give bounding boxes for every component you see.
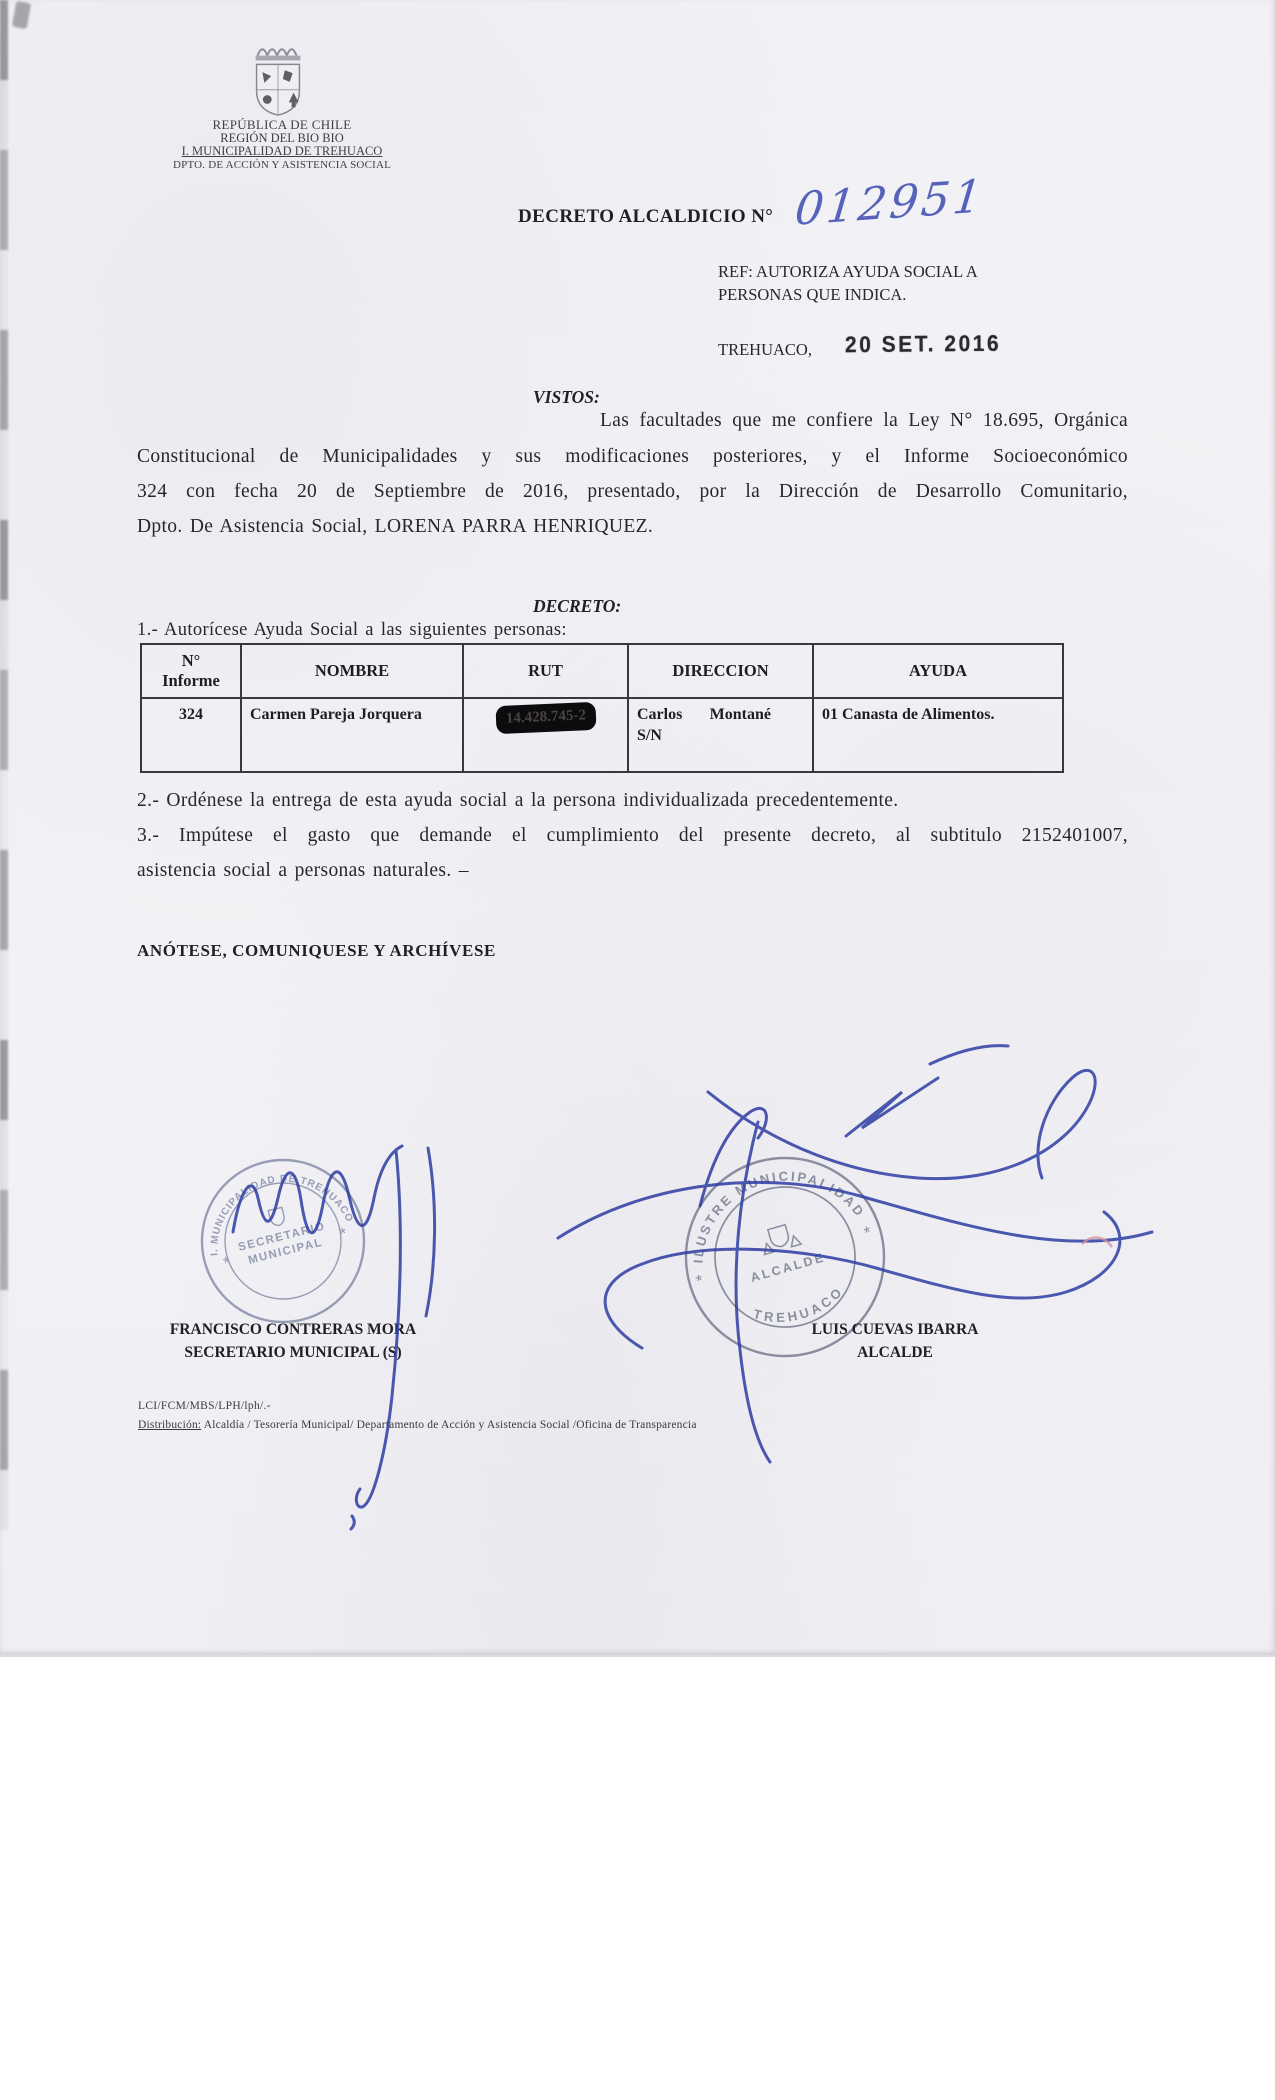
reference-line1: REF: AUTORIZA AYUDA SOCIAL A bbox=[718, 260, 978, 283]
col-header-ayuda: AYUDA bbox=[813, 644, 1063, 698]
footer-distribution: Distribución: Alcaldía / Tesorería Munic… bbox=[138, 1419, 697, 1431]
vistos-line3: 324 con fecha 20 de Septiembre de 2016, … bbox=[137, 481, 1128, 503]
paper-bottom-edge bbox=[0, 1655, 1275, 1657]
stamp-center-text: ALCALDE bbox=[749, 1250, 827, 1285]
signer-right-block: LUIS CUEVAS IBARRA ALCALDE bbox=[700, 1318, 1090, 1364]
cell-nombre: Carmen Pareja Jorquera bbox=[241, 698, 463, 772]
beneficiary-name: Carmen Pareja Jorquera bbox=[250, 704, 422, 725]
vistos-line2: Constitucional de Municipalidades y sus … bbox=[137, 446, 1128, 468]
stamp-star-right: * bbox=[338, 1224, 349, 1244]
reference-block: REF: AUTORIZA AYUDA SOCIAL A PERSONAS QU… bbox=[718, 260, 978, 306]
signer-right-role: ALCALDE bbox=[700, 1341, 1090, 1364]
coat-of-arms-icon bbox=[242, 40, 314, 118]
scanned-decree-page: REPÚBLICA DE CHILE REGIÓN DEL BIO BIO I.… bbox=[0, 0, 1275, 2100]
decreto-item3-line2: asistencia social a personas naturales. … bbox=[137, 860, 469, 882]
scan-edge-artifact bbox=[0, 0, 8, 1530]
signer-left-role: SECRETARIO MUNICIPAL (S) bbox=[128, 1341, 458, 1364]
dateline-place: TREHUACO, bbox=[718, 340, 812, 360]
beneficiaries-table: N° Informe NOMBRE RUT DIRECCION AYUDA 32… bbox=[140, 643, 1064, 773]
decreto-item3-line1: 3.- Impútese el gasto que demande el cum… bbox=[137, 825, 1128, 847]
decreto-item1: 1.- Autorícese Ayuda Social a las siguie… bbox=[137, 620, 567, 641]
signer-left-block: FRANCISCO CONTRERAS MORA SECRETARIO MUNI… bbox=[128, 1318, 458, 1364]
stamp-star-left: * bbox=[221, 1253, 232, 1273]
decreto-item2: 2.- Ordénese la entrega de esta ayuda so… bbox=[137, 790, 899, 812]
vistos-line1: Las facultades que me confiere la Ley N°… bbox=[600, 410, 1128, 432]
col-header-rut: RUT bbox=[463, 644, 628, 698]
cell-rut: 14.428.745-2 bbox=[463, 698, 628, 772]
reference-line2: PERSONAS QUE INDICA. bbox=[718, 283, 978, 306]
closing-formula: ANÓTESE, COMUNIQUESE Y ARCHÍVESE bbox=[137, 941, 496, 961]
stamp-star-left: * bbox=[694, 1271, 706, 1291]
letterhead-department: DPTO. DE ACCIÓN Y ASISTENCIA SOCIAL bbox=[62, 159, 502, 173]
cell-direccion: Carlos Montané S/N bbox=[628, 698, 813, 772]
footer-initials: LCI/FCM/MBS/LPH/lph/.- bbox=[138, 1400, 271, 1412]
cell-ayuda: 01 Canasta de Alimentos. bbox=[813, 698, 1063, 772]
table-header-row: N° Informe NOMBRE RUT DIRECCION AYUDA bbox=[141, 644, 1063, 698]
beneficiary-address: Carlos Montané S/N bbox=[637, 704, 771, 746]
cell-informe: 324 bbox=[141, 698, 241, 772]
redaction-bar: 14.428.745-2 bbox=[495, 702, 596, 734]
footer-distribution-text: Alcaldía / Tesorería Municipal/ Departam… bbox=[201, 1419, 696, 1431]
decree-title: DECRETO ALCALDICIO N° bbox=[518, 206, 773, 228]
col-header-nombre: NOMBRE bbox=[241, 644, 463, 698]
vistos-line4: Dpto. De Asistencia Social, LORENA PARRA… bbox=[137, 516, 653, 538]
signer-left-name: FRANCISCO CONTRERAS MORA bbox=[128, 1318, 458, 1341]
stamp-crest bbox=[758, 1222, 801, 1255]
col-header-direccion: DIRECCION bbox=[628, 644, 813, 698]
letterhead-region: REGIÓN DEL BIO BIO bbox=[62, 132, 502, 146]
letterhead: REPÚBLICA DE CHILE REGIÓN DEL BIO BIO I.… bbox=[62, 118, 502, 172]
table-row: 324 Carmen Pareja Jorquera 14.428.745-2 … bbox=[141, 698, 1063, 772]
letterhead-country: REPÚBLICA DE CHILE bbox=[62, 118, 502, 132]
decreto-heading: DECRETO: bbox=[533, 596, 621, 617]
footer-distribution-label: Distribución: bbox=[138, 1419, 201, 1431]
vistos-heading: VISTOS: bbox=[533, 387, 600, 408]
signer-right-name: LUIS CUEVAS IBARRA bbox=[700, 1318, 1090, 1341]
letterhead-municipality: I. MUNICIPALIDAD DE TREHUACO bbox=[62, 145, 502, 159]
stamp-crest bbox=[268, 1207, 286, 1227]
date-stamp: 20 SET. 2016 bbox=[845, 331, 1001, 358]
col-header-informe: N° Informe bbox=[141, 644, 241, 698]
stamp-star-right: * bbox=[862, 1223, 874, 1243]
